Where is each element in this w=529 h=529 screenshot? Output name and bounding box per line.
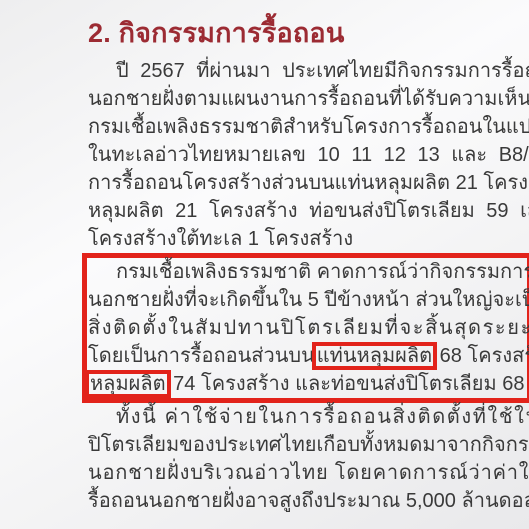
text-line: ปี 2567 ที่ผ่านมา ประเทศไทยมีกิจกรรมการร… [88,57,526,85]
text-segment: โดยเป็นการรื้อถอนส่วนบน [88,345,315,367]
section-heading: 2. กิจกรรมการรื้อถอน [88,16,526,50]
text-line: ในทะเลอ่าวไทยหมายเลข 10 11 12 13 และ B8/… [88,141,526,169]
paragraph-2: กรมเชื้อเพลิงธรรมชาติ คาดการณ์ว่ากิจกรรม… [88,258,526,398]
annotation-frame: กรมเชื้อเพลิงธรรมชาติ คาดการณ์ว่ากิจกรรม… [82,253,529,403]
red-annotation-box: หลุมผลิต [88,373,168,395]
text-line: นอกชายฝั่งตามแผนงานการรื้อถอนที่ได้รับคว… [88,85,526,113]
text-line: โครงสร้างใต้ทะเล 1 โครงสร้าง [88,225,526,253]
paragraph-3: ทั้งนี้ ค่าใช้จ่ายในการรื้อถอนสิ่งติดตั้… [88,403,526,515]
content-column: 2. กิจกรรมการรื้อถอน ปี 2567 ที่ผ่านมา ป… [88,16,526,515]
text-line: การรื้อถอนโครงสร้างส่วนบนแท่นหลุมผลิต 21… [88,169,526,197]
text-line: ทั้งนี้ ค่าใช้จ่ายในการรื้อถอนสิ่งติดตั้… [88,403,526,431]
text-segment: 68 โครงสร้าง ขา [434,345,529,367]
paragraph-1: ปี 2567 ที่ผ่านมา ประเทศไทยมีกิจกรรมการร… [88,57,526,253]
text-line: นอกชายฝั่งบริเวณอ่าวไทย โดยคาดการณ์ว่าค่… [88,459,526,487]
text-line: กรมเชื้อเพลิงธรรมชาติสำหรับโครงการรื้อถอ… [88,113,526,141]
text-line: กรมเชื้อเพลิงธรรมชาติ คาดการณ์ว่ากิจกรรม… [88,258,526,286]
text-line: ปิโตรเลียมของประเทศไทยเกือบทั้งหมดมาจากก… [88,431,526,459]
document-page: 2. กิจกรรมการรื้อถอน ปี 2567 ที่ผ่านมา ป… [0,0,529,529]
red-annotation-box: แท่นหลุมผลิต [315,345,434,367]
text-line: รื้อถอนนอกชายฝั่งอาจสูงถึงประมาณ 5,000 ล… [88,487,526,515]
text-line: หลุมผลิต 21 โครงสร้าง ท่อขนส่งปิโตรเลียม… [88,197,526,225]
text-segment: 74 โครงสร้าง และท่อขนส่งปิโตรเลียม 68 เส… [168,373,529,395]
text-line: หลุมผลิต 74 โครงสร้าง และท่อขนส่งปิโตรเล… [88,370,526,398]
text-line: นอกชายฝั่งที่จะเกิดขึ้นใน 5 ปีข้างหน้า ส… [88,286,526,314]
text-line: โดยเป็นการรื้อถอนส่วนบนแท่นหลุมผลิต 68 โ… [88,342,526,370]
text-line: สิ่งติดตั้งในสัมปทานปิโตรเลียมที่จะสิ้นส… [88,314,526,342]
